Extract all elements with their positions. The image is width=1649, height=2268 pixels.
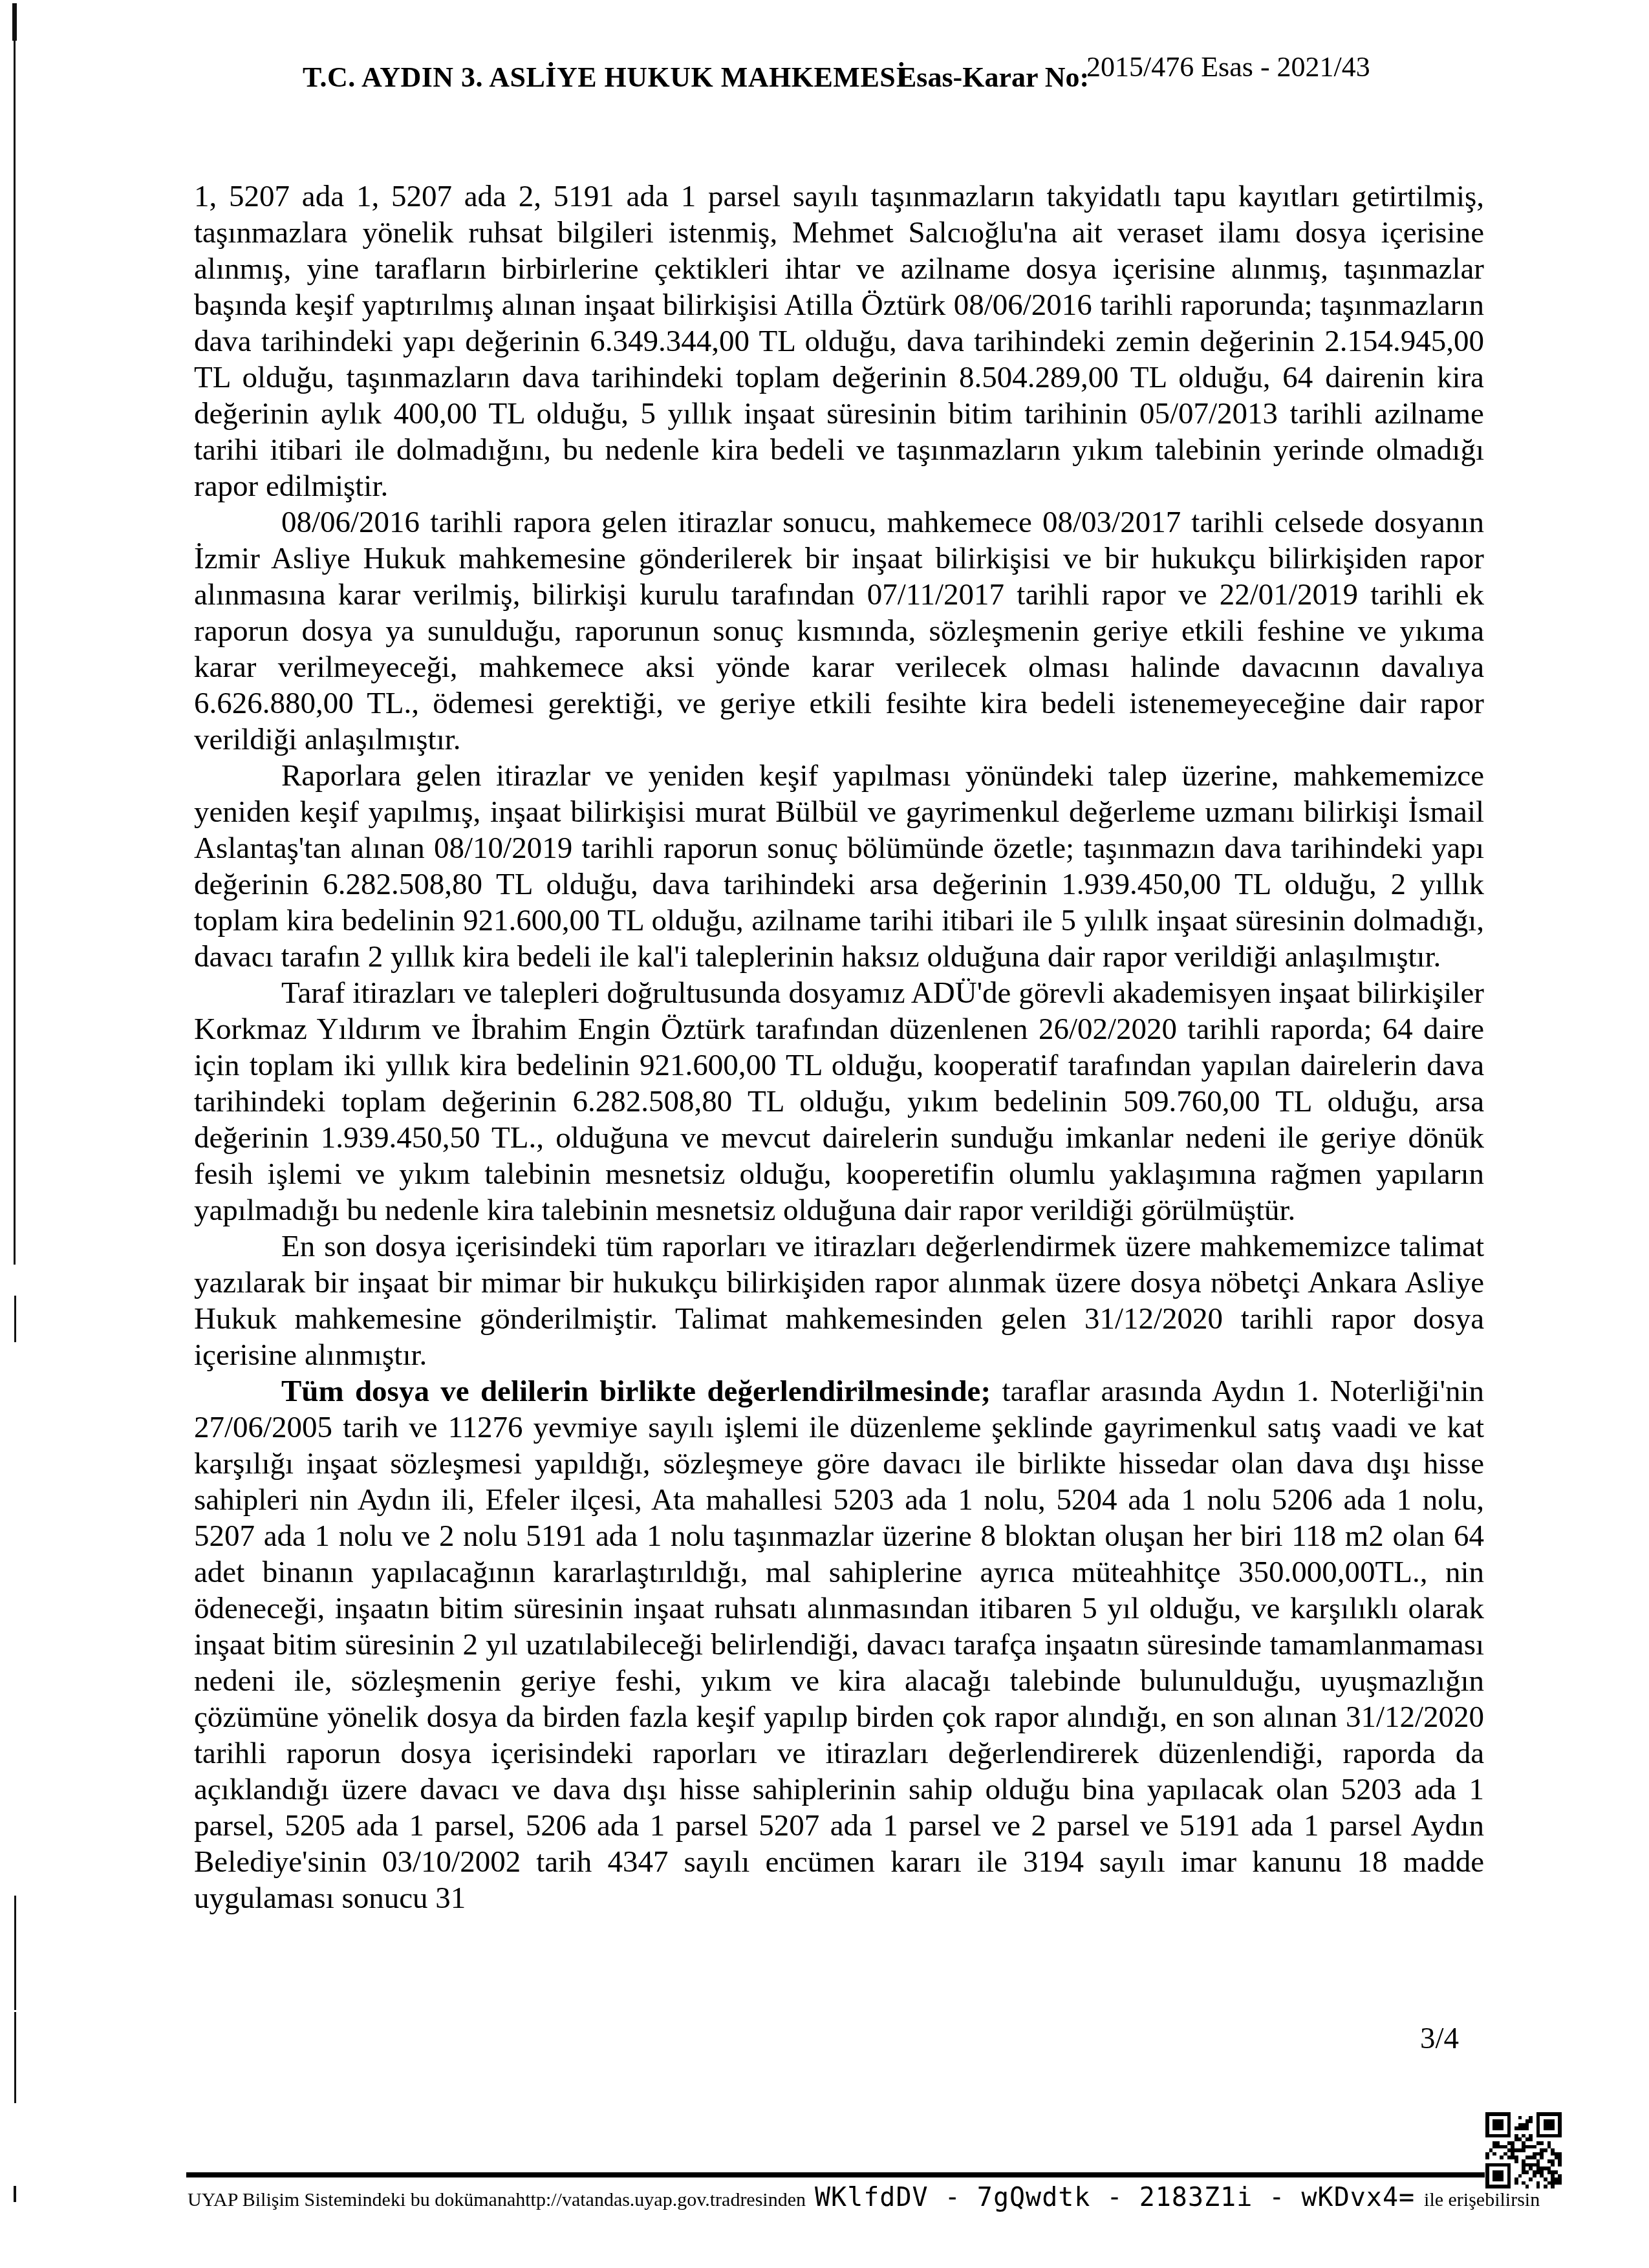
uyap-access-middle: adresinden: [722, 2189, 806, 2211]
qr-code-icon: [1485, 2110, 1562, 2190]
paragraph-text: taraflar arasında Aydın 1. Noterliği'nin…: [194, 1375, 1484, 1915]
case-number-label: Esas-Karar No:: [898, 61, 1089, 94]
document-footer: UYAP Bilişim Sistemindeki bu dokümana ht…: [188, 2183, 1520, 2212]
paragraph-lead-bold: Tüm dosya ve delilerin birlikte değerlen…: [281, 1375, 991, 1408]
case-number-value: 2015/476 Esas - 2021/43: [1086, 50, 1370, 83]
paragraph-text: Raporlara gelen itirazlar ve yeniden keş…: [194, 759, 1484, 974]
scan-artifact: [14, 2012, 16, 2103]
paragraph: En son dosya içerisindeki tüm raporları …: [194, 1228, 1484, 1373]
page-number: 3/4: [1420, 2021, 1459, 2056]
footer-divider: [186, 2172, 1485, 2177]
uyap-access-code: WKlfdDV - 7gQwdtk - 2183Z1i - wKDvx4=: [815, 2183, 1415, 2212]
scan-artifact: [14, 3, 16, 1265]
paragraph: Taraf itirazları ve talepleri doğrultusu…: [194, 975, 1484, 1228]
paragraph: Raporlara gelen itirazlar ve yeniden keş…: [194, 758, 1484, 975]
paragraph: 08/06/2016 tarihli rapora gelen itirazla…: [194, 504, 1484, 758]
paragraph-text: 08/06/2016 tarihli rapora gelen itirazla…: [194, 506, 1484, 756]
scanned-court-document-page: T.C. AYDIN 3. ASLİYE HUKUK MAHKEMESİ Esa…: [0, 0, 1649, 2268]
scan-artifact: [14, 2186, 16, 2202]
paragraph-text: Taraf itirazları ve talepleri doğrultusu…: [194, 976, 1484, 1227]
paragraph-evaluation: Tüm dosya ve delilerin birlikte değerlen…: [194, 1373, 1484, 1916]
court-title: T.C. AYDIN 3. ASLİYE HUKUK MAHKEMESİ: [303, 61, 907, 94]
paragraph-text: En son dosya içerisindeki tüm raporları …: [194, 1230, 1484, 1372]
scan-artifact: [14, 1296, 16, 1342]
uyap-access-prefix: UYAP Bilişim Sistemindeki bu dokümana: [188, 2189, 515, 2211]
document-body: 1, 5207 ada 1, 5207 ada 2, 5191 ada 1 pa…: [194, 178, 1484, 1916]
paragraph-continuation: 1, 5207 ada 1, 5207 ada 2, 5191 ada 1 pa…: [194, 178, 1484, 504]
uyap-access-url: http://vatandas.uyap.gov.tr: [515, 2189, 722, 2211]
scan-artifact: [14, 1896, 16, 2010]
paragraph-text: 1, 5207 ada 1, 5207 ada 2, 5191 ada 1 pa…: [194, 180, 1484, 503]
document-header: T.C. AYDIN 3. ASLİYE HUKUK MAHKEMESİ Esa…: [194, 50, 1487, 102]
uyap-access-suffix: ile erişebilirsin: [1424, 2189, 1540, 2211]
